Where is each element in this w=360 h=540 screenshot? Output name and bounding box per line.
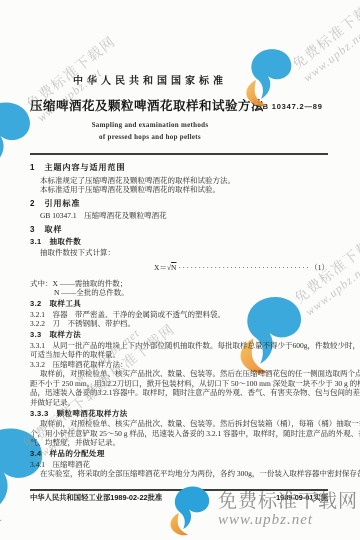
section-heading: 2 引用标准 (30, 199, 329, 209)
body-line: 取样前，对照检验单、核实产品批次、数量、包装等。然后在压缩啤酒花包的任一侧面选取… (30, 369, 329, 379)
downloader-brand: 免费标准下载网 www.upbz.net (165, 482, 358, 537)
formula-line: X＝√N····································… (30, 263, 329, 273)
formula-number: （1） (310, 263, 329, 273)
formula-lhs: X＝ (154, 263, 167, 273)
document-title: 压缩啤酒花及颗粒啤酒花取样和试验方法 (30, 96, 252, 114)
national-standard-label: 中华人民共和国国家标准 (30, 72, 270, 87)
brand-site-url: www.upbz.net (218, 512, 358, 528)
body-line: 气、均整度，并做好记录。 (30, 438, 329, 448)
body-line: 品，迅速装入备妥的3.2.1容器中。取样时，随时注意产品的外观、香气、有害夹杂物… (30, 388, 329, 398)
body-line: 3.3.1 从同一批产品的堆垛上下内外部位随机抽取件数。每批取样总量不得少于60… (30, 341, 329, 351)
body-line: GB 10347.1 压缩啤酒花及颗粒啤酒花 (30, 211, 329, 221)
body-line: 个，用小铲任意铲取 25～50 g 样品，迅速装入备妥的 3.2.1 容器中，取… (30, 429, 329, 439)
body-line: 距不小于 250 mm。用3.2.2刀切口，掀开包装材料，从切口下 50～100… (30, 379, 329, 389)
body-line: 在实验室，将采取的全部压缩啤酒花平均地分为两份，各约 300g，一份装入取样容器… (30, 469, 329, 479)
subsection-heading: 3.2 取样工具 (30, 299, 329, 309)
subsection-heading: 3.4 样品的分配处理 (30, 449, 329, 459)
body-line: 3.3.2 压缩啤酒花取样方法： (30, 360, 329, 370)
up-logo (165, 482, 215, 537)
header-divider (30, 153, 328, 155)
body-line: 3.4.1 压缩啤酒花 (30, 460, 329, 470)
formula-radicand: N (171, 263, 176, 273)
body-line: 3.2.2 刀 不锈钢制、带护档。 (30, 319, 329, 329)
body-line: 取样前，对照检验单、核实产品批次、数量、包装等。然后拆封包装箱（桶），每箱（桶）… (30, 419, 329, 429)
approval-statement: 中华人民共和国轻工业部1989-02-22批准 (30, 493, 162, 503)
body-line: 式中：X ——需抽取的件数； (30, 279, 329, 289)
formula-dots: ········································… (178, 263, 308, 273)
brand-text: 免费标准下载网 www.upbz.net (218, 491, 358, 528)
body-line: 并做好记录。 (30, 398, 329, 408)
subsection-heading: 3.1 抽取件数 (30, 237, 329, 247)
watermark-text: 免费标准下载网 www.upbz.net (288, 0, 360, 86)
section-heading: 1 主题内容与适用范围 (30, 163, 329, 173)
body-line: 本标准规定了压缩啤酒花及颗粒啤酒花的取样和试验方法。 (30, 176, 329, 186)
standard-number: GB 10347.2—89 (256, 102, 323, 111)
document-body: 1 主题内容与适用范围本标准规定了压缩啤酒花及颗粒啤酒花的取样和试验方法。本标准… (30, 159, 329, 479)
standard-document-page: 免费标准下载网 www.upbz.net 免费标准下载网 www.upbz.ne… (0, 0, 360, 540)
subsection-heading: 3.3.3 颗粒啤酒花取样方法 (30, 409, 329, 419)
section-heading: 3 取样 (30, 225, 329, 235)
english-subtitle: of pressed hops and hop pellets (30, 133, 270, 141)
body-line: 抽取件数按下式计算： (30, 248, 329, 258)
subsection-heading: 3.3 取样方法 (30, 330, 329, 340)
brand-site-name: 免费标准下载网 (218, 491, 358, 512)
body-line: 本标准适用于压缩啤酒花及颗粒啤酒花的取样和试验。 (30, 185, 329, 195)
body-line: 3.2.1 容器 带严密盖、干净的金属筒或不透气的塑料袋。 (30, 310, 329, 320)
body-line: N ——全批的总件数。 (30, 288, 329, 298)
english-subtitle: Sampling and examination methods (30, 121, 270, 129)
body-line: 可适当加大每件的取样量。 (30, 350, 329, 360)
